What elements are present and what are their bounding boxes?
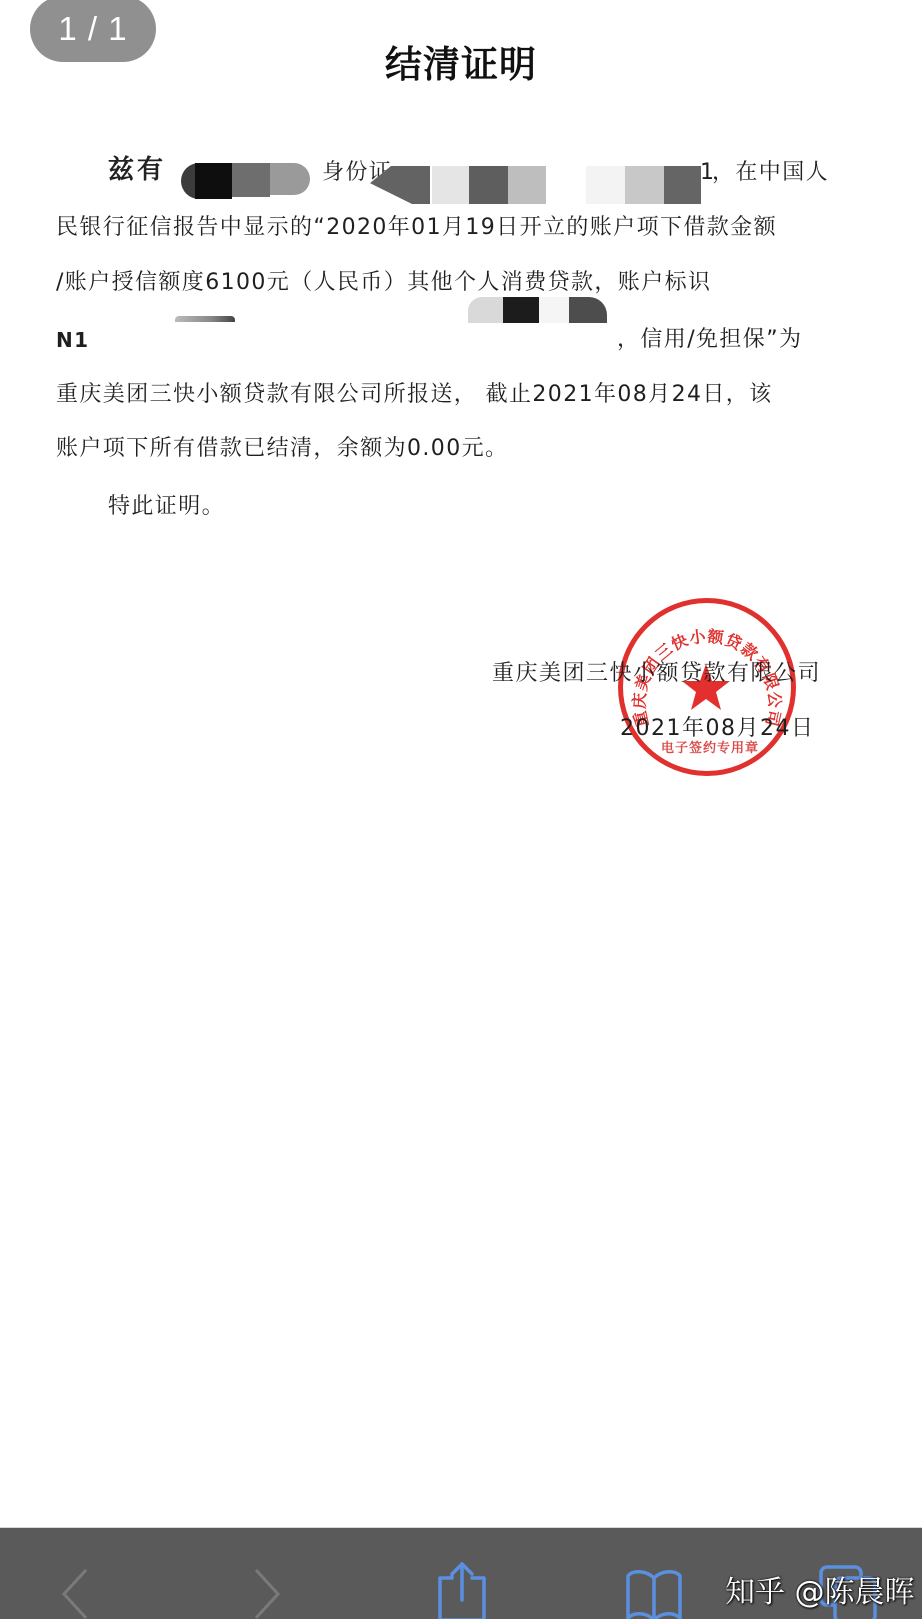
text-line3: /账户授信额度6100元（人民币）其他个人消费贷款，账户标识 (56, 268, 711, 298)
text-line4-tail: ，信用/免担保”为 (617, 325, 802, 355)
text-line1-tail: ，在中国人 (712, 158, 829, 188)
text-line2: 民银行征信报告中显示的“2020年01月19日开立的账户项下借款金额 (56, 213, 777, 243)
signature-company: 重庆美团三快小额贷款有限公司 (492, 656, 821, 687)
share-icon[interactable] (434, 1560, 490, 1619)
text-lead: 兹有 (108, 155, 166, 185)
chevron-right-icon[interactable] (252, 1568, 282, 1619)
chevron-left-icon[interactable] (60, 1568, 90, 1619)
text-closing: 特此证明。 (108, 492, 225, 522)
book-icon[interactable] (624, 1568, 684, 1619)
document-title: 结清证明 (0, 34, 922, 88)
watermark: 知乎 @陈晨晖 (725, 1567, 915, 1611)
text-line6: 账户项下所有借款已结清，余额为0.00元。 (56, 434, 508, 464)
text-account-head: N1 (56, 325, 89, 355)
signature-date: 2021年08月24日 (620, 711, 814, 742)
text-line5: 重庆美团三快小额贷款有限公司所报送， 截止2021年08月24日，该 (56, 380, 773, 410)
